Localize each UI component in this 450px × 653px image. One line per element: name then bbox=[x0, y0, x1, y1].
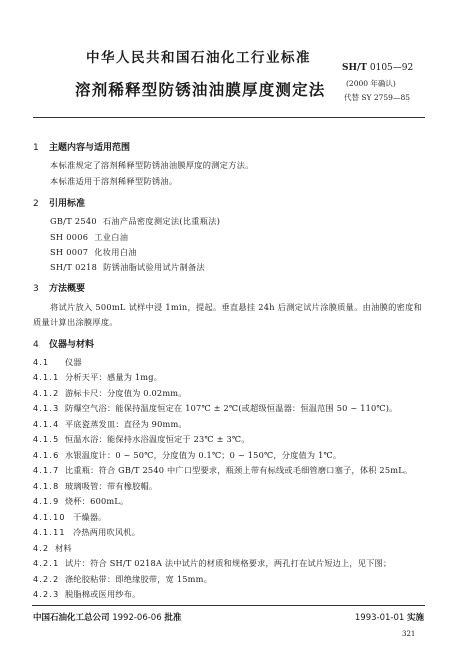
clause-4-1-1: 4.1.1分析天平：感量为 1mg。 bbox=[33, 372, 162, 383]
clause-4-1-10: 4.1.10干燥器。 bbox=[33, 512, 107, 523]
clause-4-2-2: 4.2.2涤纶胶粘带：即绝缘胶带，宽 15mm。 bbox=[33, 574, 212, 585]
reference-item: SH 0007化妆用白油 bbox=[50, 247, 137, 258]
effective-date: 1993-01-01 bbox=[355, 613, 407, 623]
approval-label: 批准 bbox=[164, 613, 181, 623]
effective-line: 1993-01-01 实施 bbox=[355, 611, 424, 623]
approval-date: 1992-06-06 bbox=[110, 613, 165, 623]
effective-label: 实施 bbox=[407, 613, 424, 623]
clause-4-1-5: 4.1.5恒温水浴：能保持水浴温度恒定于 23℃ ± 3℃。 bbox=[33, 434, 250, 445]
paragraph: 将试片放入 500mL 试样中浸 1min，提起。垂直悬挂 24h 后测定试片涂… bbox=[50, 302, 422, 313]
page-number: 321 bbox=[402, 630, 415, 638]
clause-4-2-3: 4.2.3脱脂棉或医用纱布。 bbox=[33, 589, 141, 600]
section-heading-2: 2引用标准 bbox=[33, 196, 85, 209]
standard-code: SH/T 0105—92 bbox=[342, 63, 413, 73]
clause-4-1-9: 4.1.9烧杯：600mL。 bbox=[33, 496, 128, 507]
clause-4-2-1: 4.2.1试片：符合 SH/T 0218A 法中试片的材质和规格要求，两孔打在试… bbox=[33, 558, 391, 569]
standard-code-number: 0105—92 bbox=[367, 63, 413, 73]
clause-4-1-2: 4.1.2游标卡尺：分度值为 0.02mm。 bbox=[33, 388, 187, 399]
issuer: 中国石油化工总公司 bbox=[33, 613, 110, 623]
document-title: 溶剂稀释型防锈油油膜厚度测定法 bbox=[75, 78, 326, 100]
standard-code-prefix: SH/T bbox=[342, 63, 367, 73]
reference-item: SH/T 0218防锈油脂试验用试片制备法 bbox=[50, 262, 205, 273]
clause-4-1-11: 4.1.11冷热两用吹风机。 bbox=[33, 527, 140, 538]
reference-item: GB/T 2540石油产品密度测定法(比重瓶法) bbox=[50, 216, 220, 227]
paragraph: 本标准规定了溶剂稀释型防锈油油膜厚度的测定方法。 bbox=[50, 160, 254, 171]
issuing-body-heading: 中华人民共和国石油化工行业标准 bbox=[86, 46, 311, 66]
paragraph: 质量计算出涂膜厚度。 bbox=[33, 317, 118, 328]
section-heading-4: 4仪器与材料 bbox=[33, 337, 94, 350]
section-heading-1: 1主题内容与适用范围 bbox=[33, 140, 130, 153]
header-divider bbox=[33, 117, 425, 118]
clause-4-1-8: 4.1.8玻璃吸管：带有橡胶帽。 bbox=[33, 481, 157, 492]
approval-line: 中国石油化工总公司 1992-06-06 批准 bbox=[33, 611, 181, 623]
paragraph: 本标准适用于溶剂稀释型防锈油。 bbox=[50, 176, 177, 187]
clause-4-1: 4.1仪器 bbox=[33, 357, 82, 368]
clause-4-1-7: 4.1.7比重瓶：符合 GB/T 2540 中广口型要求，瓶颈上带有标线或毛细管… bbox=[33, 465, 412, 476]
reference-item: SH 0006工业白油 bbox=[50, 232, 128, 243]
clause-4-1-3: 4.1.3防爆空气浴：能保持温度恒定在 107℃ ± 2℃(或超级恒温器：恒温范… bbox=[33, 403, 398, 414]
section-heading-3: 3方法概要 bbox=[33, 281, 85, 294]
clause-4-2: 4.2材料 bbox=[33, 543, 72, 554]
clause-4-1-4: 4.1.4平底瓷蒸发皿：直径为 90mm。 bbox=[33, 419, 187, 430]
confirmation-note: (2000 年确认) bbox=[346, 78, 396, 89]
replaces-note: 代替 SY 2759—85 bbox=[344, 92, 410, 103]
clause-4-1-6: 4.1.6水银温度计：0 ~ 50℃，分度值为 0.1℃；0 ~ 150℃，分度… bbox=[33, 450, 341, 461]
footer-divider bbox=[32, 605, 425, 606]
